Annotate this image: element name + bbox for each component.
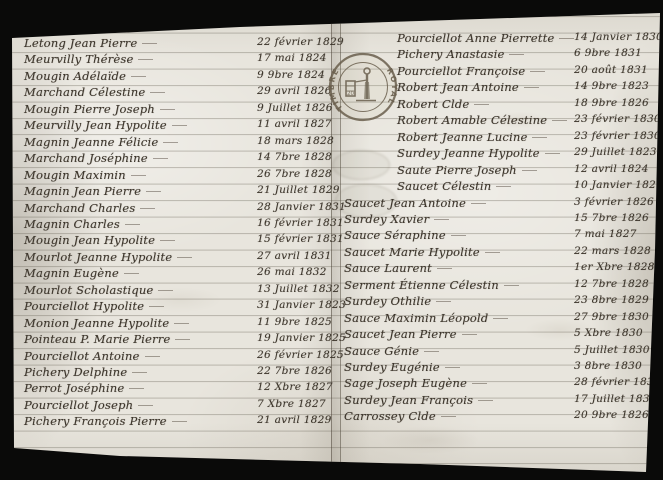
register-row: Sauce Séraphine 7 mai 1827: [0, 228, 663, 244]
register-row: Saucet Jean Antoine 3 février 1826: [0, 196, 663, 212]
entry-name: Surdey Jeanne Hypolite: [397, 146, 560, 160]
entry-name: Sauce Maximin Léopold: [344, 311, 508, 325]
entry-date: 29 Juillet 1823: [574, 146, 657, 158]
entry-name: Surdey Xavier: [344, 212, 449, 226]
entry-name: Sauce Séraphine: [344, 228, 466, 242]
register-row: Surdey Jean François 17 Juillet 1832: [0, 393, 663, 409]
entry-name: Saucet Jean Antoine: [344, 196, 486, 210]
timbre-royal-stamp-icon: TIMBRE ROYAL 20: [326, 50, 400, 124]
register-row: Saute Pierre Joseph 12 avril 1824: [0, 163, 663, 179]
entry-date: 3 février 1826: [574, 196, 654, 208]
register-row: Saucet Célestin 10 Janvier 1826: [0, 179, 663, 195]
register-row: Surdey Jeanne Hypolite 29 Juillet 1823: [0, 146, 663, 162]
entry-name: Surdey Jean François: [344, 393, 493, 407]
entry-name: Saucet Jean Pierre: [344, 327, 477, 341]
entry-date: 18 9bre 1826: [574, 97, 649, 109]
entry-name: Serment Étienne Célestin: [344, 278, 519, 292]
register-row: Surdey Eugénie 3 8bre 1830: [0, 360, 663, 376]
entry-date: 1er Xbre 1828: [574, 261, 655, 273]
entry-date: 14 9bre 1823: [574, 80, 649, 92]
entry-date: 23 8bre 1829: [574, 294, 649, 306]
entry-date: 5 Xbre 1830: [574, 327, 643, 339]
register-row: Sage Joseph Eugène 28 février 1832: [0, 376, 663, 392]
register-row: Sauce Maximin Léopold 27 9bre 1830: [0, 311, 663, 327]
entry-name: Sauce Génie: [344, 344, 439, 358]
entry-name: Pourciellot Françoise: [397, 64, 545, 78]
entry-date: 7 mai 1827: [574, 228, 637, 240]
entry-date: 12 7bre 1828: [574, 278, 649, 290]
entry-name: Saucet Célestin: [397, 179, 511, 193]
register-paper-sheet: Letong Jean Pierre 22 février 1829 Meurv…: [0, 0, 663, 480]
entry-date: 3 8bre 1830: [574, 360, 642, 372]
entry-date: 28 février 1832: [574, 376, 661, 388]
register-row: Sauce Génie 5 Juillet 1830: [0, 344, 663, 360]
register-row: Sauce Laurent 1er Xbre 1828: [0, 261, 663, 277]
entry-name: Pourciellot Anne Pierrette: [397, 31, 574, 45]
entry-date: 20 août 1831: [574, 64, 648, 76]
scanned-register-photo: Letong Jean Pierre 22 février 1829 Meurv…: [0, 0, 663, 480]
stamp-value: 20: [347, 91, 354, 97]
register-row: Saucet Marie Hypolite 22 mars 1828: [0, 245, 663, 261]
entry-name: Robert Jeanne Lucine: [397, 130, 547, 144]
entry-date: 14 Janvier 1830: [574, 31, 663, 43]
entry-date: 17 Juillet 1832: [574, 393, 657, 405]
entry-name: Surdey Othilie: [344, 294, 451, 308]
register-row: Saucet Jean Pierre 5 Xbre 1830: [0, 327, 663, 343]
register-row: Surdey Othilie 23 8bre 1829: [0, 294, 663, 310]
register-row: Pourciellot Anne Pierrette 14 Janvier 18…: [0, 31, 663, 47]
entry-date: 23 février 1830: [574, 130, 661, 142]
entry-date: 5 Juillet 1830: [574, 344, 650, 356]
entry-name: Robert Jean Antoine: [397, 80, 539, 94]
entry-date: 27 9bre 1830: [574, 311, 649, 323]
entry-name: Carrossey Clde: [344, 409, 456, 423]
entry-name: Sage Joseph Eugène: [344, 376, 487, 390]
entry-name: Sauce Laurent: [344, 261, 452, 275]
entry-name: Robert Amable Célestine: [397, 113, 567, 127]
entry-date: 23 février 1830: [574, 113, 661, 125]
entry-date: 15 7bre 1826: [574, 212, 649, 224]
entry-date: 10 Janvier 1826: [574, 179, 663, 191]
entry-name: Saucet Marie Hypolite: [344, 245, 500, 259]
entry-date: 20 9bre 1826: [574, 409, 649, 421]
register-row: Carrossey Clde 20 9bre 1826: [0, 409, 663, 425]
entry-name: Surdey Eugénie: [344, 360, 460, 374]
register-row: Serment Étienne Célestin 12 7bre 1828: [0, 278, 663, 294]
entry-date: 22 mars 1828: [574, 245, 651, 257]
register-row: Surdey Xavier 15 7bre 1826: [0, 212, 663, 228]
register-row: Robert Jeanne Lucine 23 février 1830: [0, 130, 663, 146]
entry-date: 6 9bre 1831: [574, 47, 642, 59]
entry-date: 12 avril 1824: [574, 163, 649, 175]
entry-name: Pichery Anastasie: [397, 47, 524, 61]
entry-name: Robert Clde: [397, 97, 489, 111]
entry-name: Saute Pierre Joseph: [397, 163, 537, 177]
